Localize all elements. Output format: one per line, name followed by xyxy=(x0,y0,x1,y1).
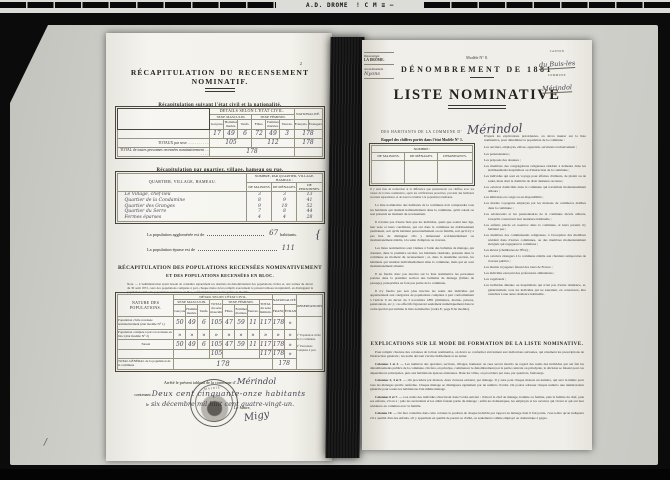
value-cell: 17 xyxy=(210,129,224,138)
title-rule xyxy=(470,77,494,78)
col-femmes-mariees: Femmes mariées. xyxy=(266,119,280,129)
col-hommes-maries: Hommes mariés. xyxy=(224,119,238,129)
value-cell: 105 xyxy=(210,317,223,330)
left-column: Rappel des chiffres portés dans l'état M… xyxy=(370,138,474,311)
nombre-group-header: NOMBRE : xyxy=(372,146,472,153)
canton-commune-block: CANTON du Buis-les COMMUNE Mérindol xyxy=(526,50,588,98)
observations-cell: 1° Population civile de la commune. 2° P… xyxy=(296,317,322,370)
instruction-paragraph: La liste nominative des habitants de la … xyxy=(370,203,474,216)
total-general-nat: 178 xyxy=(272,359,296,370)
maisons-value-empty xyxy=(372,161,405,184)
value-cell: 72 xyxy=(252,129,266,138)
inclusion-list-item: Les militaires en congé ou en disponibil… xyxy=(484,195,586,199)
col-personnes: DE PERSONNES. xyxy=(297,182,322,191)
empty-cell xyxy=(294,147,322,156)
quartier-entry: Fermes éparses xyxy=(118,215,246,221)
agglomeree-value: 67 xyxy=(269,229,278,237)
inclusion-list-item: Les enfants placés en nourrice dans la c… xyxy=(484,223,586,232)
inclusion-list-item: Les individus détenus ou hospitalisés qu… xyxy=(484,283,586,296)
explication-paragraph: Pour remplir chacune des colonnes de la … xyxy=(370,350,584,359)
empty-cell xyxy=(118,350,174,359)
value-cell: 59 xyxy=(235,340,247,350)
value-cell: » xyxy=(235,330,247,340)
film-tick-band-left xyxy=(0,2,276,8)
value-cell: 6 xyxy=(198,317,210,330)
col-menages: DE MÉNAGES. xyxy=(405,153,438,161)
title-rule xyxy=(205,88,235,92)
obs-note-2: 2° Personnes comptées à part. xyxy=(297,345,322,353)
value-cell: 59 xyxy=(235,317,247,330)
col-filles: Filles. xyxy=(252,119,266,129)
quartier-col-header: QUARTIER, VILLAGE, HAMEAU. xyxy=(118,173,247,191)
instruction-paragraph: Les listes nominatives sont visitées à l… xyxy=(370,246,474,268)
nationality-header: NATIONALITÉ. xyxy=(294,109,322,120)
explications-section: EXPLICATIONS SUR LE MODE DE FORMATION DE… xyxy=(370,342,584,420)
value-cell: » xyxy=(223,330,235,340)
inclusion-list-item: Les individus exerçant des professions a… xyxy=(484,271,586,275)
rappel-table: NOMBRE : DE MAISONS. DE MÉNAGES. D'HABIT… xyxy=(371,145,472,184)
inclusion-list-item: Les vagabonds ; xyxy=(484,277,586,281)
margin-divider xyxy=(364,64,394,65)
col-maisons: DE MAISONS. xyxy=(247,182,272,191)
male-header: SEXE MASCULIN. xyxy=(174,300,210,305)
recap-civil-table: DÉTAILS SELON L'ÉTAT CIVIL. NATIONALITÉ.… xyxy=(117,108,322,157)
col-francais: Français. xyxy=(294,119,308,129)
film-code-label: ! C M ≡ — xyxy=(352,2,398,9)
list-intro: D'après les explications précédentes, on… xyxy=(484,134,586,143)
inclusion-list-item: Les membres des communautés religieuses,… xyxy=(484,233,586,246)
value-cell: 117 xyxy=(259,340,272,350)
rappel-note: Il y aura lieu de rechercher si la diffé… xyxy=(370,188,474,200)
value-cell: » xyxy=(186,330,198,340)
personnes-value: 28 xyxy=(297,215,321,221)
male-total: 105 xyxy=(210,138,252,147)
handwritten-brace: { xyxy=(316,226,321,242)
maisons-values: 38974 xyxy=(247,191,272,221)
col-veufs: Veufs. xyxy=(198,305,210,317)
instruction-paragraph: Il ne faudra donc pas inscrire sur la li… xyxy=(370,272,474,285)
row2-label: Population comptée à part et recensée en… xyxy=(118,330,174,340)
left-page: 2 RÉCAPITULATION DU RECENSEMENT NOMINATI… xyxy=(106,33,332,461)
recap-populations-table: NATURE DES POPULATIONS. DÉTAIL SELON L'É… xyxy=(117,294,323,370)
left-page-title: RÉCAPITULATION DU RECENSEMENT NOMINATIF. xyxy=(117,68,323,86)
grand-total: 178 xyxy=(210,147,294,156)
female-total-repeat: 117 xyxy=(259,350,272,359)
inclusion-list-item: Les pensionnaires ; xyxy=(484,152,586,156)
value-cell: 105 xyxy=(210,340,223,350)
menages-values: 391084 xyxy=(272,191,297,221)
nat-total-repeat: 178 xyxy=(272,350,284,359)
value-cell: » xyxy=(284,340,296,350)
empty-cell xyxy=(174,350,210,359)
explications-paragraphs: Pour remplir chacune des colonnes de la … xyxy=(370,350,584,420)
nombre-group-header: NOMBRE, PAR QUARTIER, VILLAGE, HAMEAU : xyxy=(247,173,322,182)
inclusion-list-item: Les ouvriers, employés, élèves, apprenti… xyxy=(484,145,586,149)
value-cell: 11 xyxy=(247,340,259,350)
inclusion-list-item: Les marins voyageurs employés par les ma… xyxy=(484,201,586,210)
instruction-paragraph: Il n'existe pas d'autre liste que les in… xyxy=(370,220,474,242)
page-number: 2 xyxy=(300,61,302,66)
col-garcons: Garçons. xyxy=(210,119,224,129)
observations-header: OBSERVATIONS. xyxy=(296,295,322,317)
female-total-header: TOTAL du sexe féminin. xyxy=(259,300,272,317)
microfilm-scan-viewport: A.D. DROME! C M ≡ — / 2 RÉCAPITULATION D… xyxy=(0,0,670,480)
film-tick-band-right xyxy=(424,2,670,8)
recap-populations-heading-1: RÉCAPITULATION DES POPULATIONS RECENSÉES… xyxy=(117,265,323,271)
rappel-heading: Rappel des chiffres portés dans l'état M… xyxy=(370,138,474,142)
subtitle-printed: DES HABITANTS DE LA COMMUNE D’ xyxy=(381,130,462,134)
departement-value: LA DRÔME. xyxy=(364,58,394,62)
film-header-strip: A.D. DROME! C M ≡ — xyxy=(0,0,670,13)
menages-value-empty xyxy=(405,161,438,184)
explication-paragraph: Colonnes 6 et 7. — Les noms des individu… xyxy=(370,395,584,408)
explication-paragraph: Colonnes 3, 4 et 5. — On procédera par m… xyxy=(370,378,584,391)
empty-cell xyxy=(223,350,259,359)
nationality-header: NATIONALITÉ. xyxy=(272,295,296,305)
population-eparse-line: La population éparse est de 111 xyxy=(147,244,297,252)
maisons-value: 4 xyxy=(247,215,271,221)
col-veufs: Veufs. xyxy=(238,119,252,129)
nature-header: NATURE DES POPULATIONS. xyxy=(118,295,174,317)
instruction-paragraph: Il n'y faudra pas non plus inscrire les … xyxy=(370,289,474,311)
value-cell: 50 xyxy=(174,317,186,330)
total-general-label: TOTAL GÉNÉRAL de la population de la com… xyxy=(118,359,174,370)
recap-quartier-table: QUARTIER, VILLAGE, HAMEAU. NOMBRE, PAR Q… xyxy=(117,173,322,222)
canton-value-handwritten: du Buis-les xyxy=(539,59,576,70)
value-cell: 6 xyxy=(198,340,210,350)
nationality-total: 178 xyxy=(294,138,322,147)
menages-value: 4 xyxy=(272,215,296,221)
commune-name-handwritten: Mérindol xyxy=(237,377,276,387)
value-cell: 49 xyxy=(186,317,198,330)
commune-label: COMMUNE xyxy=(526,74,588,77)
value-cell: » xyxy=(174,330,186,340)
value-cell: 117 xyxy=(259,317,272,330)
explication-paragraph: Colonne 10. — On fera connaître dans cet… xyxy=(370,411,584,420)
col-francais: FRANÇAIS. xyxy=(272,305,284,317)
value-cell: » xyxy=(198,330,210,340)
col-etrangers: Étrangers. xyxy=(308,119,322,129)
right-column: D'après les explications précédentes, on… xyxy=(484,134,586,297)
total-personnes-label: TOTAL de toutes personnes recensées nomi… xyxy=(118,147,210,156)
eparse-value: 111 xyxy=(282,244,295,252)
value-cell: 47 xyxy=(223,340,235,350)
row3-label: Totaux xyxy=(118,340,174,350)
le-printed: le xyxy=(146,402,149,407)
obs-note-1: 1° Population civile de la commune. xyxy=(297,334,322,342)
inclusion-list-item: Les ouvriers étrangers à la commune étab… xyxy=(484,254,586,263)
col-maisons: DE MAISONS. xyxy=(372,153,405,161)
population-agglomeree-line: La population agglomérée est de 67 habit… xyxy=(147,229,297,237)
female-total: 112 xyxy=(252,138,294,147)
etrangers-repeat: » xyxy=(284,350,296,359)
inclusion-list: Les ouvriers, employés, élèves, apprenti… xyxy=(484,145,586,296)
value-cell: 6 xyxy=(238,129,252,138)
value-cell: » xyxy=(272,330,284,340)
value-cell: » xyxy=(284,317,296,330)
habitants-value-empty xyxy=(438,161,472,184)
modele-number: Modèle N° 8. xyxy=(432,55,522,60)
recap-populations-heading-2: ET DES POPULATIONS RECENSÉES EN BLOC. xyxy=(117,273,323,278)
value-cell: » xyxy=(210,330,223,340)
value-cell: 11 xyxy=(247,317,259,330)
dotted-leader xyxy=(198,250,277,251)
col-garcons: Garçons. xyxy=(174,305,186,317)
totaux-par-sexe-label: TOTAUX par sexe . . . . . . . . . . . . xyxy=(118,138,210,147)
inclusion-list-item: Les adolescents et les pensionnaires de … xyxy=(484,212,586,221)
inclusion-list-item: Les membres des congrégations religieuse… xyxy=(484,164,586,173)
value-cell: 49 xyxy=(266,129,280,138)
col-hommes-maries: Hommes mariés. xyxy=(186,305,198,317)
inclusion-list-item: Les ouvriers domiciliés dans la commune … xyxy=(484,185,586,194)
quartier-entries: Le Village, chef-lieuQuartier de la Cond… xyxy=(118,191,247,221)
commune-value-handwritten: Mérindol xyxy=(542,83,572,94)
detail-header: DÉTAILS SELON L'ÉTAT CIVIL. xyxy=(210,109,294,115)
corner-pen-mark: / xyxy=(44,438,47,448)
margin-department-block: Département LA DRÔME. Arrondissement Nyo… xyxy=(364,52,394,79)
value-cell: 178 xyxy=(272,317,284,330)
value-cell: 49 xyxy=(224,129,238,138)
value-cell: » xyxy=(284,330,296,340)
col-menages: DE MÉNAGES. xyxy=(272,182,297,191)
canton-label: CANTON xyxy=(526,50,588,53)
film-label: A.D. DROME! C M ≡ — xyxy=(276,2,424,9)
agglomeree-label: La population agglomérée est de xyxy=(147,232,204,237)
male-total-header: TOTAL du sexe masculin. xyxy=(210,300,223,317)
nota-paragraph: Nota. — L'Administration ayant besoin de… xyxy=(127,282,313,294)
maire-signature: Migy xyxy=(243,409,270,424)
inclusion-list-item: Les élèves (chambrées de l'État) ; xyxy=(484,248,586,252)
film-bottom-bar xyxy=(0,469,670,480)
row-label xyxy=(118,129,210,138)
inclusion-list-item: Les préposés des douanes ; xyxy=(484,158,586,162)
right-page: Département LA DRÔME. Arrondissement Nyo… xyxy=(362,40,592,450)
value-cell: 3 xyxy=(280,129,294,138)
col-femmes-mariees: Femmes mariées. xyxy=(235,305,247,317)
col-veuves: Veuves. xyxy=(247,305,259,317)
value-cell: 50 xyxy=(174,340,186,350)
archive-label: A.D. DROME xyxy=(302,2,352,9)
value-cell: 49 xyxy=(186,340,198,350)
label-column-spacer xyxy=(118,109,210,130)
col-etrangers: ÉTRANGERS. xyxy=(284,305,296,317)
dotted-leader xyxy=(207,235,264,236)
habitants-suffix: habitants. xyxy=(280,232,297,237)
explications-heading: EXPLICATIONS SUR LE MODE DE FORMATION DE… xyxy=(370,342,584,347)
col-filles: Filles. xyxy=(223,305,235,317)
nationality-value: 178 xyxy=(294,129,322,138)
col-veuves: Veuves. xyxy=(280,119,294,129)
male-total-repeat: 105 xyxy=(210,350,223,359)
explication-paragraph: Colonnes 1 et 2. — Les numéros des quart… xyxy=(370,362,584,375)
inclusion-list-item: Les marins voyageurs faisant des tours d… xyxy=(484,265,586,269)
instruction-paragraphs: La liste nominative des habitants de la … xyxy=(370,203,474,311)
arrondissement-value: Nyons xyxy=(364,71,394,77)
col-habitants: D'HABITANTS. xyxy=(438,153,472,161)
inclusion-list-item: Les individus qui sont en voyage pour af… xyxy=(484,174,586,183)
value-cell: » xyxy=(259,330,272,340)
value-cell: 47 xyxy=(223,317,235,330)
book-spine-gutter xyxy=(325,37,364,458)
total-general-value: 178 xyxy=(174,359,272,370)
contenant-printed: contenant xyxy=(134,392,150,397)
row1-label: Population civile recensée nominativemen… xyxy=(118,317,174,330)
value-cell: » xyxy=(247,330,259,340)
eparse-label: La population éparse est de xyxy=(147,247,195,252)
personnes-values: 1341524428 xyxy=(297,191,322,221)
value-cell: 178 xyxy=(272,340,284,350)
